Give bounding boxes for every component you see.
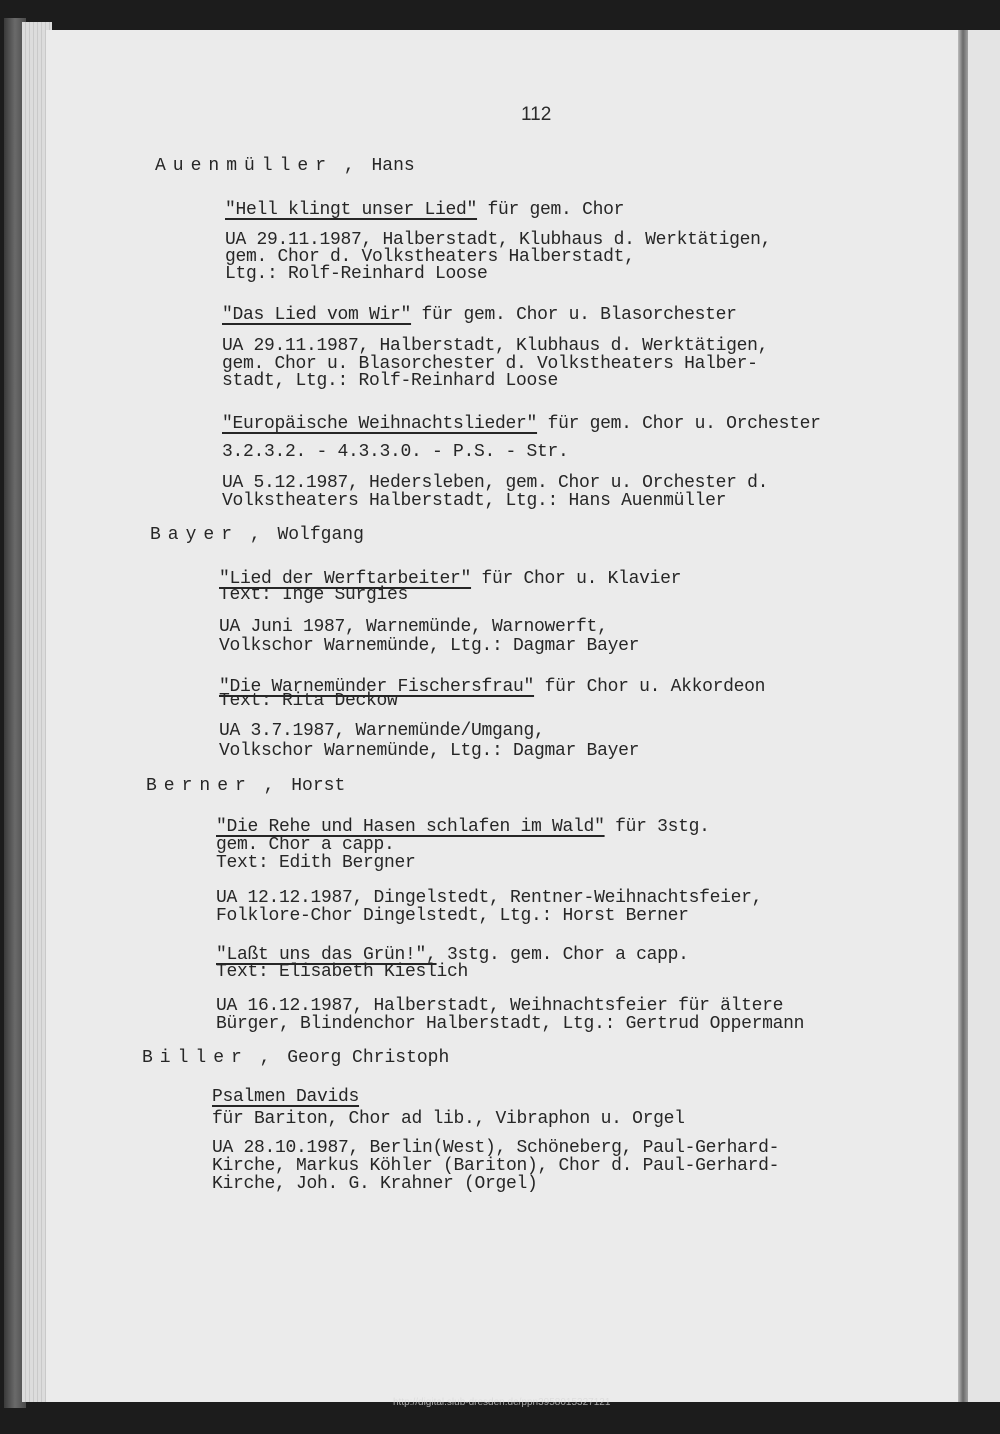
page-number: 112 bbox=[521, 104, 551, 126]
composer-given-name: Hans bbox=[371, 156, 414, 176]
work-heading: Psalmen Davids bbox=[212, 1089, 359, 1106]
work-scoring: 3stg. gem. Chor a capp. bbox=[437, 945, 689, 965]
composer-surname: Berner bbox=[146, 776, 253, 796]
source-watermark: http://digital.slub-dresden.de/ppn395801… bbox=[393, 1397, 610, 1408]
work-heading: "Das Lied vom Wir" für gem. Chor u. Blas… bbox=[222, 307, 737, 324]
premiere-line: stadt, Ltg.: Rolf-Reinhard Loose bbox=[222, 373, 558, 390]
premiere-line: Folklore-Chor Dingelstedt, Ltg.: Horst B… bbox=[216, 908, 689, 925]
composer-given-name: Georg Christoph bbox=[287, 1048, 449, 1068]
work-title: Psalmen Davids bbox=[212, 1087, 359, 1107]
premiere-line: UA 12.12.1987, Dingelstedt, Rentner-Weih… bbox=[216, 890, 762, 907]
premiere-line: UA 28.10.1987, Berlin(West), Schöneberg,… bbox=[212, 1140, 779, 1157]
work-scoring: für Chor u. Klavier bbox=[471, 569, 681, 589]
instrumentation-line: 3.2.3.2. - 4.3.3.0. - P.S. - Str. bbox=[222, 444, 569, 461]
work-scoring: für gem. Chor bbox=[477, 200, 624, 220]
premiere-line: UA 3.7.1987, Warnemünde/Umgang, bbox=[219, 723, 545, 740]
premiere-line: Kirche, Markus Köhler (Bariton), Chor d.… bbox=[212, 1158, 779, 1175]
text-author-line: Text: Elisabeth Kieslich bbox=[216, 964, 468, 981]
premiere-line: UA 5.12.1987, Hedersleben, gem. Chor u. … bbox=[222, 475, 768, 492]
composer-heading: Auenmüller , Hans bbox=[155, 158, 415, 175]
composer-heading: Biller , Georg Christoph bbox=[142, 1050, 449, 1067]
work-scoring: für gem. Chor u. Blasorchester bbox=[411, 305, 737, 325]
composer-surname: Biller bbox=[142, 1048, 249, 1068]
premiere-line: Volkschor Warnemünde, Ltg.: Dagmar Bayer bbox=[219, 638, 639, 655]
premiere-line: UA 29.11.1987, Halberstadt, Klubhaus d. … bbox=[222, 338, 768, 355]
work-heading: "Hell klingt unser Lied" für gem. Chor bbox=[225, 202, 624, 219]
facing-page-edge bbox=[968, 30, 1000, 1402]
work-scoring: für 3stg. bbox=[605, 817, 710, 837]
work-scoring: für gem. Chor u. Orchester bbox=[537, 414, 821, 434]
premiere-line: UA Juni 1987, Warnemünde, Warnowerft, bbox=[219, 619, 608, 636]
composer-heading: Bayer , Wolfgang bbox=[150, 527, 364, 544]
premiere-line: Ltg.: Rolf-Reinhard Loose bbox=[225, 266, 488, 283]
scoring-continuation: für Bariton, Chor ad lib., Vibraphon u. … bbox=[212, 1111, 685, 1128]
premiere-line: Volkschor Warnemünde, Ltg.: Dagmar Bayer bbox=[219, 743, 639, 760]
text-author-line: Text: Edith Bergner bbox=[216, 855, 416, 872]
composer-given-name: Horst bbox=[291, 776, 345, 796]
premiere-line: Kirche, Joh. G. Krahner (Orgel) bbox=[212, 1176, 538, 1193]
premiere-line: Volkstheaters Halberstadt, Ltg.: Hans Au… bbox=[222, 493, 726, 510]
work-heading: "Europäische Weihnachtslieder" für gem. … bbox=[222, 416, 821, 433]
premiere-line: Bürger, Blindenchor Halberstadt, Ltg.: G… bbox=[216, 1016, 804, 1033]
work-title: "Europäische Weihnachtslieder" bbox=[222, 414, 537, 434]
composer-heading: Berner , Horst bbox=[146, 778, 345, 795]
text-author-line: Text: Inge Surgies bbox=[219, 587, 408, 604]
scoring-continuation: gem. Chor a capp. bbox=[216, 837, 395, 854]
composer-surname: Bayer bbox=[150, 525, 239, 545]
work-heading: "Die Rehe und Hasen schlafen im Wald" fü… bbox=[216, 819, 710, 836]
composer-surname: Auenmüller bbox=[155, 156, 333, 176]
book-gutter bbox=[958, 30, 968, 1402]
text-author-line: Text: Rita Deckow bbox=[219, 693, 398, 710]
work-title: "Die Rehe und Hasen schlafen im Wald" bbox=[216, 817, 605, 837]
work-title: "Hell klingt unser Lied" bbox=[225, 200, 477, 220]
premiere-line: UA 16.12.1987, Halberstadt, Weihnachtsfe… bbox=[216, 998, 783, 1015]
composer-given-name: Wolfgang bbox=[277, 525, 363, 545]
work-scoring: für Chor u. Akkordeon bbox=[534, 677, 765, 697]
work-title: "Das Lied vom Wir" bbox=[222, 305, 411, 325]
